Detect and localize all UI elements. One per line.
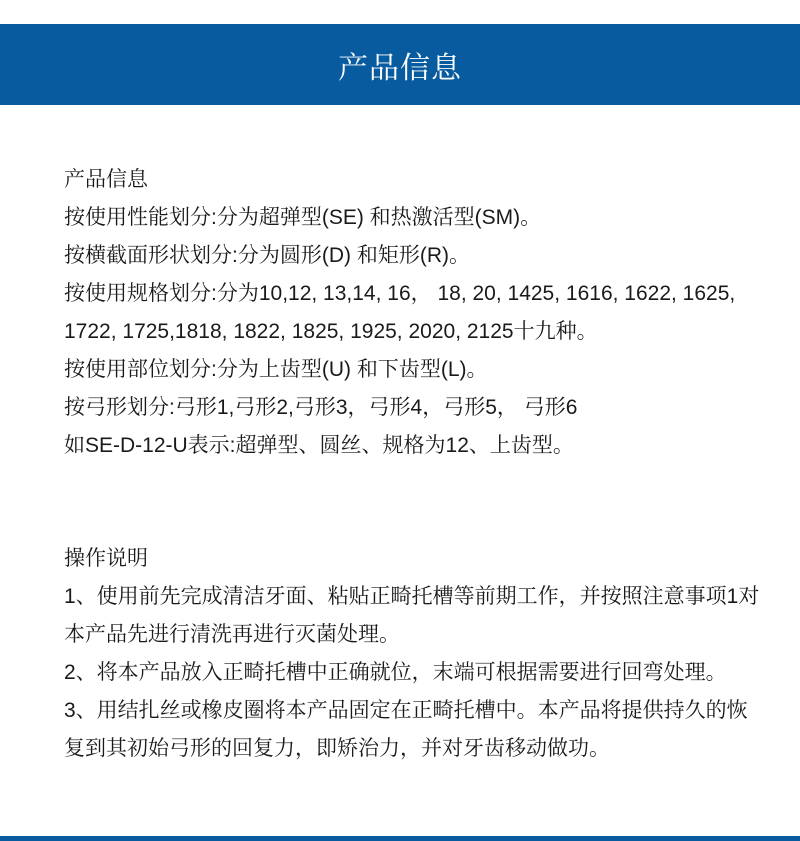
section-header-bar: 产品信息	[0, 24, 800, 105]
operation-heading: 操作说明	[64, 540, 774, 578]
operation-line: 3、用结扎丝或橡皮圈将本产品固定在正畸托槽中。本产品将提供持久的恢	[64, 692, 774, 730]
page-content: 产品信息 按使用性能划分:分为超弹型(SE) 和热激活型(SM)。 按横截面形状…	[64, 161, 774, 768]
product-info-line: 按弓形划分:弓形1,弓形2,弓形3，弓形4，弓形5， 弓形6	[64, 389, 774, 427]
product-info-line: 按横截面形状划分:分为圆形(D) 和矩形(R)。	[64, 237, 774, 275]
product-info-line: 按使用规格划分:分为10,12, 13,14, 16， 18, 20, 1425…	[64, 275, 774, 313]
product-info-line: 如SE-D-12-U表示:超弹型、圆丝、规格为12、上齿型。	[64, 427, 774, 465]
product-detail-page: 产品信息 产品信息 按使用性能划分:分为超弹型(SE) 和热激活型(SM)。 按…	[0, 0, 800, 841]
product-info-line: 1722, 1725,1818, 1822, 1825, 1925, 2020,…	[64, 313, 774, 351]
product-info-line: 按使用性能划分:分为超弹型(SE) 和热激活型(SM)。	[64, 199, 774, 237]
operation-line: 2、将本产品放入正畸托槽中正确就位，末端可根据需要进行回弯处理。	[64, 654, 774, 692]
product-info-heading: 产品信息	[64, 161, 774, 199]
section-header-title: 产品信息	[338, 43, 462, 87]
section-gap	[64, 465, 774, 540]
operation-line: 1、使用前先完成清洁牙面、粘贴正畸托槽等前期工作，并按照注意事项1对	[64, 578, 774, 616]
product-info-line: 按使用部位划分:分为上齿型(U) 和下齿型(L)。	[64, 351, 774, 389]
next-section-top-edge	[0, 836, 800, 841]
operation-line: 复到其初始弓形的回复力，即矫治力，并对牙齿移动做功。	[64, 730, 774, 768]
operation-line: 本产品先进行清洗再进行灭菌处理。	[64, 616, 774, 654]
